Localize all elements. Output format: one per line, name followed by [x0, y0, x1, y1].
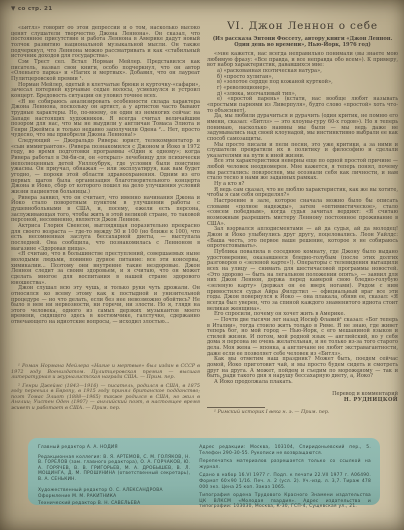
editorial-board-line: Редакционная коллегия: В. Я. АРТЕМОВ, С.…	[38, 455, 190, 483]
tech-editor-line: Технический редактор В. Н. САВЕЛЬЕВА	[38, 501, 190, 507]
right-column-body: «Мне кажется, нас всегда неправильно пон…	[207, 52, 398, 388]
printing-house-line: Типография ордена Трудового Красного Зна…	[199, 493, 371, 510]
paragraph: А Йоко продолжала плакать.	[207, 380, 398, 386]
paragraph: «Я не собираюсь анализировать особенност…	[11, 100, 200, 140]
paragraph: Мы просто писали и пели песни, это уже к…	[207, 143, 398, 160]
footnote: ² Генри Джеймс (1843—1916) — писатель, р…	[11, 384, 200, 412]
footnote: ¹ Роман Нормана Мейлера «Нагие и мертвые…	[11, 364, 200, 381]
paragraph: Все эти характеристики неверны еще по од…	[207, 159, 398, 182]
paragraph: Настроение в зале, которое сначала можно…	[207, 199, 398, 227]
art-editor-line: Художественный редактор О. С. АЛЕКСАНДРО…	[38, 488, 190, 494]
translation-credit: Перевод и комментарий Н. РУДНИЦКОЙ	[207, 391, 398, 403]
left-footnotes: ¹ Роман Нормана Мейлера «Нагие и мертвые…	[11, 364, 200, 411]
continued-from-note: ▼ со стр. 21	[11, 6, 52, 12]
design-line: Оформление М. М. РАКИТНИКА	[38, 494, 190, 500]
chief-editor-line: Главный редактор А. А. НОДИЯ	[38, 445, 190, 451]
paragraph: Ривера заявил, что он считает, что именн…	[11, 196, 200, 224]
continued-from-label: со стр. 21	[18, 6, 53, 12]
paragraph: Следующий — Джеральдо Ривера: юрист, тел…	[11, 139, 200, 196]
scanned-page: ▼ со стр. 21 «Битлз» говорит об этой деп…	[0, 0, 404, 530]
imprint-publishing-block: Адрес редакции: Москва, 103104, Спиридон…	[199, 445, 371, 499]
paragraph: Сэм Трест сел. Встал Норман Мейлер. Пред…	[11, 60, 200, 83]
article-title: VI. Джон Леннон о себе	[207, 20, 398, 32]
paragraph: Да, мы любили дурачиться и дурачить (оди…	[207, 114, 398, 142]
paragraph: Как мы отметим наш праздник? Может быть,…	[207, 357, 398, 380]
list-item: е) «простой парень» (кстати, нас вообще …	[207, 97, 398, 114]
editorial-address-line: Адрес редакции: Москва, 103104, Спиридон…	[199, 445, 371, 456]
reprint-notice-line: Перепечатка материалов разрешается тольк…	[199, 459, 371, 470]
imprint-box: Главный редактор А. А. НОДИЯ Редакционна…	[28, 438, 380, 505]
translator-name: Н. РУДНИЦКОЙ	[207, 397, 398, 403]
paragraph: Джон слушал всю эту чушь, и только руки …	[11, 286, 200, 326]
paragraph: Актриса Глория Свенсон, выглядящая пораз…	[11, 224, 200, 252]
footnote-divider	[207, 407, 265, 408]
left-column-body: «Битлз» говорит об этой депрессии и о то…	[11, 26, 200, 358]
paragraph: Норман Мейлер, одетый в клетчатые брюки …	[11, 83, 200, 100]
right-column: VI. Джон Леннон о себе (Из рассказа Энто…	[207, 20, 398, 419]
paragraph: Зал взорвался аплодисментами — ай да суд…	[207, 227, 398, 250]
imprint-editorial-block: Главный редактор А. А. НОДИЯ Редакционна…	[38, 445, 190, 499]
footnote: ¹ Римский историк I века н. э. — Прим. п…	[207, 410, 398, 416]
article-source-note: (Из рассказа Энтони Фоссету, автору книг…	[207, 36, 398, 48]
paragraph: — Почти две тысячи лет назад Иосиф Флави…	[207, 318, 398, 358]
paragraph: Публика повалила в соседнюю комнату, где…	[207, 250, 398, 312]
print-run-line: Сдано в набор 16.VI 1977 г. Подп. к печа…	[199, 473, 371, 490]
paragraph: «Битлз» говорит об этой депрессии и о то…	[11, 26, 200, 60]
triangle-down-icon: ▼	[11, 6, 16, 12]
paragraph: «Мне кажется, нас всегда неправильно пон…	[207, 52, 398, 69]
paragraph: «Я считаю, что в большинстве преступлени…	[11, 252, 200, 286]
left-column: «Битлз» говорит об этой депрессии и о то…	[11, 26, 200, 414]
